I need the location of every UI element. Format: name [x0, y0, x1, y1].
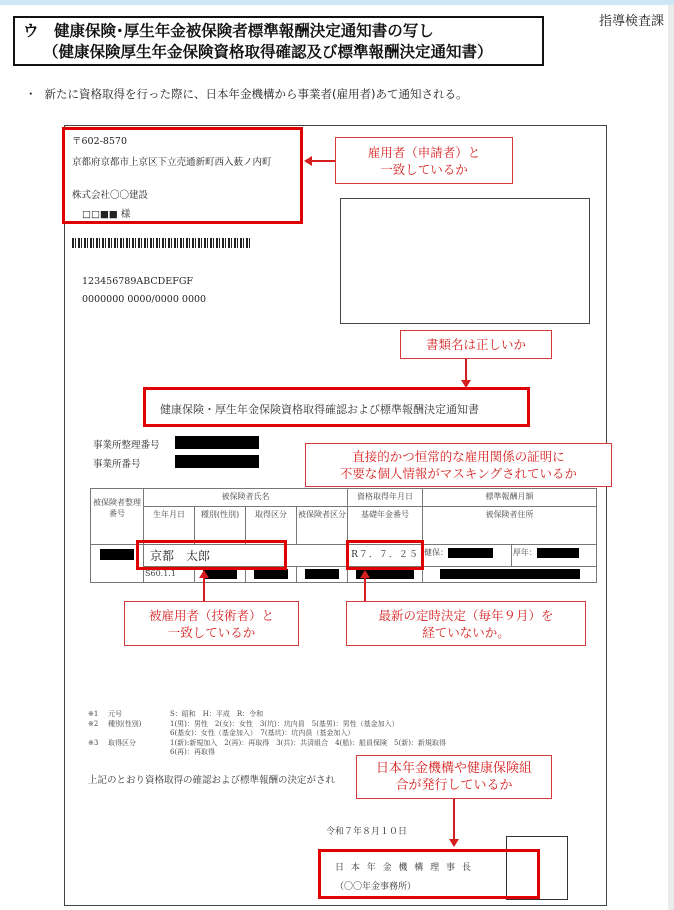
- note-mark: ※1: [88, 710, 108, 720]
- note-mark: ※2: [88, 720, 108, 730]
- issue-date: 令和７年８月１０日: [326, 824, 407, 837]
- title-line-1: ウ 健康保険･厚生年金被保険者標準報酬決定通知書の写し: [23, 21, 542, 42]
- callout-line: 一致しているか: [125, 624, 298, 641]
- arrow-down-icon: [449, 839, 459, 847]
- callout-line: 日本年金機構や健康保険組: [357, 760, 551, 777]
- callout-doc-name: 書類名は正しいか: [400, 330, 552, 359]
- callout-masking: 直接的かつ恒常的な雇用関係の証明に 不要な個人情報がマスキングされているか: [305, 443, 612, 487]
- cell-insured-class: [297, 567, 348, 583]
- callout-line: 被雇用者（技術者）と: [125, 607, 298, 624]
- connector: [465, 359, 467, 382]
- scrollbar[interactable]: [668, 5, 674, 910]
- note-label: 種別(性別): [108, 720, 170, 730]
- title-line-2: （健康保険厚生年金保険資格取得確認及び標準報酬決定通知書）: [23, 42, 542, 63]
- note-label: 元号: [108, 710, 170, 720]
- th-acq-date: 資格取得年月日: [348, 489, 423, 507]
- description-text: 新たに資格取得を行った際に、日本年金機構から事業者(雇用者)あて通知される。: [45, 87, 468, 101]
- callout-line: 一致しているか: [336, 161, 512, 178]
- callout-periodic-decision: 最新の定時決定（毎年９月）を 経ていないか。: [346, 601, 586, 646]
- cell-address: [423, 567, 597, 583]
- highlight-employer: [62, 127, 303, 224]
- connector: [203, 577, 205, 601]
- masked-address: [440, 569, 580, 579]
- th-address: 被保険者住所: [423, 507, 597, 545]
- department-label: 指導検査課: [599, 10, 664, 29]
- th-insured-no: 被保険者整理番号: [91, 489, 144, 545]
- address-window-box: [340, 198, 590, 324]
- issuer-name: 日 本 年 金 機 構 理 事 長: [335, 860, 473, 873]
- issuer-office: （〇〇年金事務所）: [335, 879, 416, 892]
- closing-text: 上記のとおり資格取得の確認および標準報酬の決定がされ: [88, 772, 335, 786]
- health-label: 健保：: [424, 548, 448, 557]
- callout-line: 合が発行しているか: [357, 777, 551, 794]
- callout-employee-match: 被雇用者（技術者）と 一致しているか: [124, 601, 299, 646]
- note-text: 1(男)：男性 2(女)：女性 3(坑)：坑内員 5(基男)：男性（基金加入）: [170, 720, 399, 730]
- th-basic-pension: 基礎年金番号: [348, 507, 423, 545]
- note-text: 6(再)：再取得: [170, 748, 215, 758]
- pension-label: 厚年：: [513, 548, 537, 557]
- callout-line: 経ていないか。: [347, 624, 585, 641]
- th-type: 種別(性別): [195, 507, 246, 545]
- masked-insured-no: [100, 549, 134, 560]
- cell-health: 健保：: [423, 545, 512, 567]
- note-1: ※1元号S：昭和 H：平成 R：令和: [88, 710, 446, 720]
- th-name: 被保険者氏名: [144, 489, 348, 507]
- highlight-name: [136, 540, 287, 570]
- notes: ※1元号S：昭和 H：平成 R：令和 ※2種別(性別)1(男)：男性 2(女)：…: [88, 710, 446, 758]
- note-label: 取得区分: [108, 739, 170, 749]
- note-mark: ※3: [88, 739, 108, 749]
- office-no-label: 事業所番号: [93, 456, 141, 470]
- masked-office-no: [175, 455, 259, 468]
- note-2: ※2種別(性別)1(男)：男性 2(女)：女性 3(坑)：坑内員 5(基男)：男…: [88, 720, 446, 730]
- top-strip: [0, 0, 674, 5]
- section-title-box: ウ 健康保険･厚生年金被保険者標準報酬決定通知書の写し （健康保険厚生年金保険資…: [13, 16, 544, 66]
- masked-office-ref: [175, 436, 259, 449]
- cell-pension: 厚年：: [511, 545, 596, 567]
- masked-health: [448, 548, 493, 558]
- code-line-1: 123456789ABCDEFGF: [82, 276, 193, 287]
- connector: [453, 799, 455, 841]
- th-birth: 生年月日: [144, 507, 195, 545]
- connector: [310, 160, 336, 162]
- masked-acq-class: [254, 569, 288, 579]
- masked-pension: [537, 548, 579, 558]
- masked-insured-class: [305, 569, 339, 579]
- callout-line: 直接的かつ恒常的な雇用関係の証明に: [306, 448, 611, 465]
- code-line-2: 0000000 0000/0000 0000: [82, 294, 206, 305]
- callout-line: 最新の定時決定（毎年９月）を: [347, 607, 585, 624]
- th-std-pay: 標準報酬月額: [423, 489, 597, 507]
- callout-line: 書類名は正しいか: [401, 336, 551, 353]
- description: ・新たに資格取得を行った際に、日本年金機構から事業者(雇用者)あて通知される。: [25, 86, 467, 102]
- callout-line: 不要な個人情報がマスキングされているか: [306, 465, 611, 482]
- callout-employer-match: 雇用者（申請者）と 一致しているか: [335, 137, 513, 184]
- document-title: 健康保険・厚生年金保険資格取得確認および標準報酬決定通知書: [160, 401, 479, 417]
- th-acq-class: 取得区分: [246, 507, 297, 545]
- note-2-cont: 6(基女)：女性（基金加入） 7(基坑)：坑内員（基金加入）: [88, 729, 446, 739]
- callout-line: 雇用者（申請者）と: [336, 144, 512, 161]
- note-text: 6(基女)：女性（基金加入） 7(基坑)：坑内員（基金加入）: [170, 729, 354, 739]
- th-insured-class: 被保険者区分: [297, 507, 348, 545]
- note-text: 1(新):新規加入 2(再)：再取得 3(共)：共済組合 4(船)：船員保険 5…: [170, 739, 446, 749]
- barcode-icon: [72, 238, 252, 248]
- office-ref-label: 事業所整理番号: [93, 437, 160, 451]
- connector: [364, 577, 366, 601]
- callout-issuer-check: 日本年金機構や健康保険組 合が発行しているか: [356, 755, 552, 799]
- note-text: S：昭和 H：平成 R：令和: [170, 710, 263, 720]
- note-3: ※3取得区分1(新):新規加入 2(再)：再取得 3(共)：共済組合 4(船)：…: [88, 739, 446, 749]
- highlight-acq-date: [346, 540, 424, 570]
- bullet-icon: ・: [25, 87, 37, 101]
